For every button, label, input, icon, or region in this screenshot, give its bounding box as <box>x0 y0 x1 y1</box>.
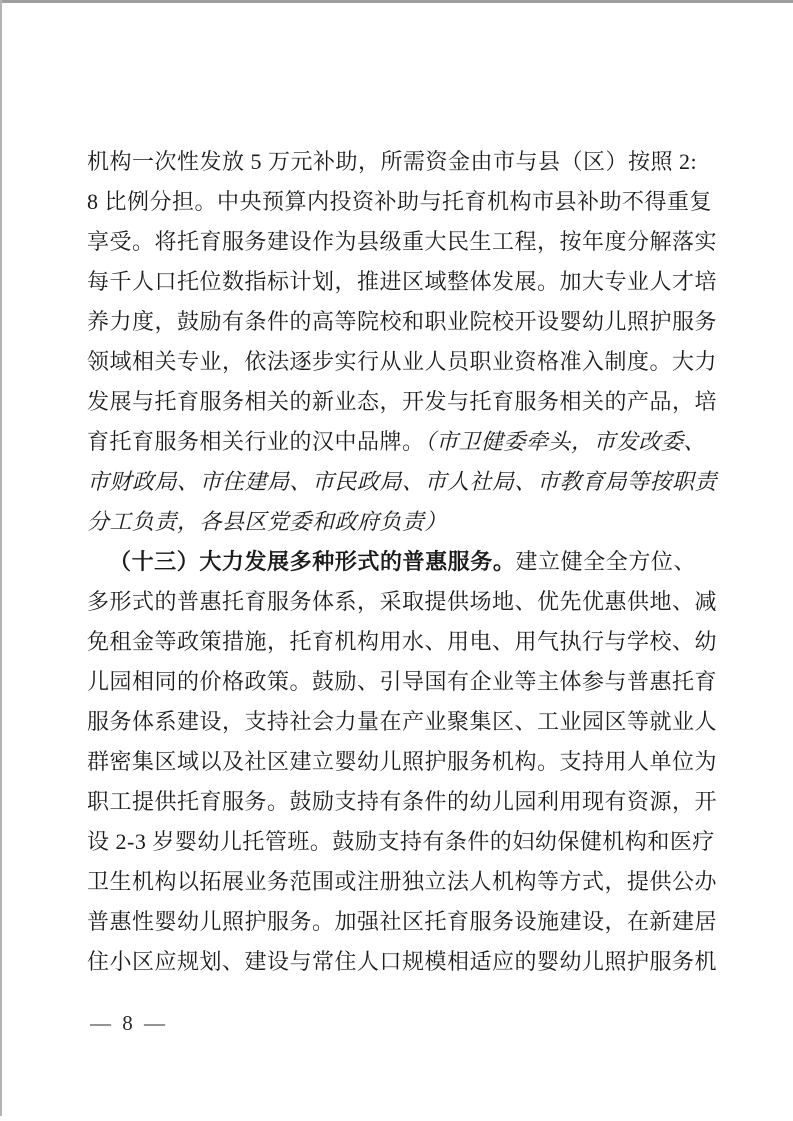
text-line: 职工提供托育服务。鼓励支持有条件的幼儿园利用现有资源，开 <box>87 782 696 822</box>
text-segment-kai: 分工负责，各县区党委和政府负责） <box>87 509 447 534</box>
text-segment-song: 领域相关专业，依法逐步实行从业人员职业资格准入制度。大力 <box>87 349 717 374</box>
text-line: 育托育服务相关行业的汉中品牌。（市卫健委牵头，市发改委、 <box>87 422 696 462</box>
text-line: 每千人口托位数指标计划，推进区域整体发展。加大专业人才培 <box>87 262 696 302</box>
scanned-document-page: 机构一次性发放 5 万元补助，所需资金由市与县（区）按照 2:8 比例分担。中央… <box>0 0 793 1121</box>
text-segment-song: 儿园相同的价格政策。鼓励、引导国有企业等主体参与普惠托育 <box>87 669 717 694</box>
text-line: 养力度，鼓励有条件的高等院校和职业院校开设婴幼儿照护服务 <box>87 302 696 342</box>
text-segment-song: 住小区应规划、建设与常住人口规模相适应的婴幼儿照护服务机 <box>87 949 717 974</box>
text-segment-song: 机构一次性发放 5 万元补助，所需资金由市与县（区）按照 2: <box>87 149 697 174</box>
text-segment-song: 每千人口托位数指标计划，推进区域整体发展。加大专业人才培 <box>87 269 717 294</box>
text-segment-song: 建立健全全方位、 <box>515 549 696 574</box>
text-line: 8 比例分担。中央预算内投资补助与托育机构市县补助不得重复 <box>87 182 696 222</box>
text-line: 领域相关专业，依法逐步实行从业人员职业资格准入制度。大力 <box>87 342 696 382</box>
text-line: 免租金等政策措施，托育机构用水、用电、用气执行与学校、幼 <box>87 622 696 662</box>
text-line: （十三）大力发展多种形式的普惠服务。建立健全全方位、 <box>87 542 696 582</box>
text-line: 机构一次性发放 5 万元补助，所需资金由市与县（区）按照 2: <box>87 142 696 182</box>
text-segment-song: 免租金等政策措施，托育机构用水、用电、用气执行与学校、幼 <box>87 629 717 654</box>
text-line: 发展与托育服务相关的新业态，开发与托育服务相关的产品，培 <box>87 382 696 422</box>
page-top-edge <box>0 0 793 3</box>
text-segment-song: 发展与托育服务相关的新业态，开发与托育服务相关的产品，培 <box>87 389 717 414</box>
page-left-edge <box>0 0 2 1116</box>
text-line: 分工负责，各县区党委和政府负责） <box>87 502 696 542</box>
text-segment-bold: （十三）大力发展多种形式的普惠服务。 <box>109 549 515 574</box>
text-segment-song: 卫生机构以拓展业务范围或注册独立法人机构等方式，提供公办 <box>87 869 717 894</box>
text-segment-song: 群密集区域以及社区建立婴幼儿照护服务机构。支持用人单位为 <box>87 749 717 774</box>
text-line: 多形式的普惠托育服务体系，采取提供场地、优先优惠供地、减 <box>87 582 696 622</box>
page-number: — 8 — <box>90 1008 168 1038</box>
text-segment-kai: 市财政局、市住建局、市民政局、市人社局、市教育局等按职责 <box>87 469 717 494</box>
text-segment-song: 普惠性婴幼儿照护服务。加强社区托育服务设施建设，在新建居 <box>87 909 717 934</box>
text-line: 儿园相同的价格政策。鼓励、引导国有企业等主体参与普惠托育 <box>87 662 696 702</box>
text-line: 卫生机构以拓展业务范围或注册独立法人机构等方式，提供公办 <box>87 862 696 902</box>
text-segment-song: 育托育服务相关行业的汉中品牌。 <box>87 429 425 454</box>
text-segment-song: 多形式的普惠托育服务体系，采取提供场地、优先优惠供地、减 <box>87 589 717 614</box>
document-body: 机构一次性发放 5 万元补助，所需资金由市与县（区）按照 2:8 比例分担。中央… <box>87 142 696 982</box>
text-segment-song: 服务体系建设，支持社会力量在产业聚集区、工业园区等就业人 <box>87 709 717 734</box>
text-line: 享受。将托育服务建设作为县级重大民生工程，按年度分解落实 <box>87 222 696 262</box>
text-segment-song: 养力度，鼓励有条件的高等院校和职业院校开设婴幼儿照护服务 <box>87 309 717 334</box>
text-segment-song: 享受。将托育服务建设作为县级重大民生工程，按年度分解落实 <box>87 229 717 254</box>
text-line: 服务体系建设，支持社会力量在产业聚集区、工业园区等就业人 <box>87 702 696 742</box>
text-line: 设 2-3 岁婴幼儿托管班。鼓励支持有条件的妇幼保健机构和医疗 <box>87 822 696 862</box>
text-line: 普惠性婴幼儿照护服务。加强社区托育服务设施建设，在新建居 <box>87 902 696 942</box>
text-segment-song: 8 比例分担。中央预算内投资补助与托育机构市县补助不得重复 <box>87 189 712 214</box>
text-segment-song: 职工提供托育服务。鼓励支持有条件的幼儿园利用现有资源，开 <box>87 789 717 814</box>
text-segment-song: 设 2-3 岁婴幼儿托管班。鼓励支持有条件的妇幼保健机构和医疗 <box>87 829 715 854</box>
text-line: 市财政局、市住建局、市民政局、市人社局、市教育局等按职责 <box>87 462 696 502</box>
text-line: 群密集区域以及社区建立婴幼儿照护服务机构。支持用人单位为 <box>87 742 696 782</box>
text-line: 住小区应规划、建设与常住人口规模相适应的婴幼儿照护服务机 <box>87 942 696 982</box>
text-segment-kai: （市卫健委牵头，市发改委、 <box>425 429 707 454</box>
